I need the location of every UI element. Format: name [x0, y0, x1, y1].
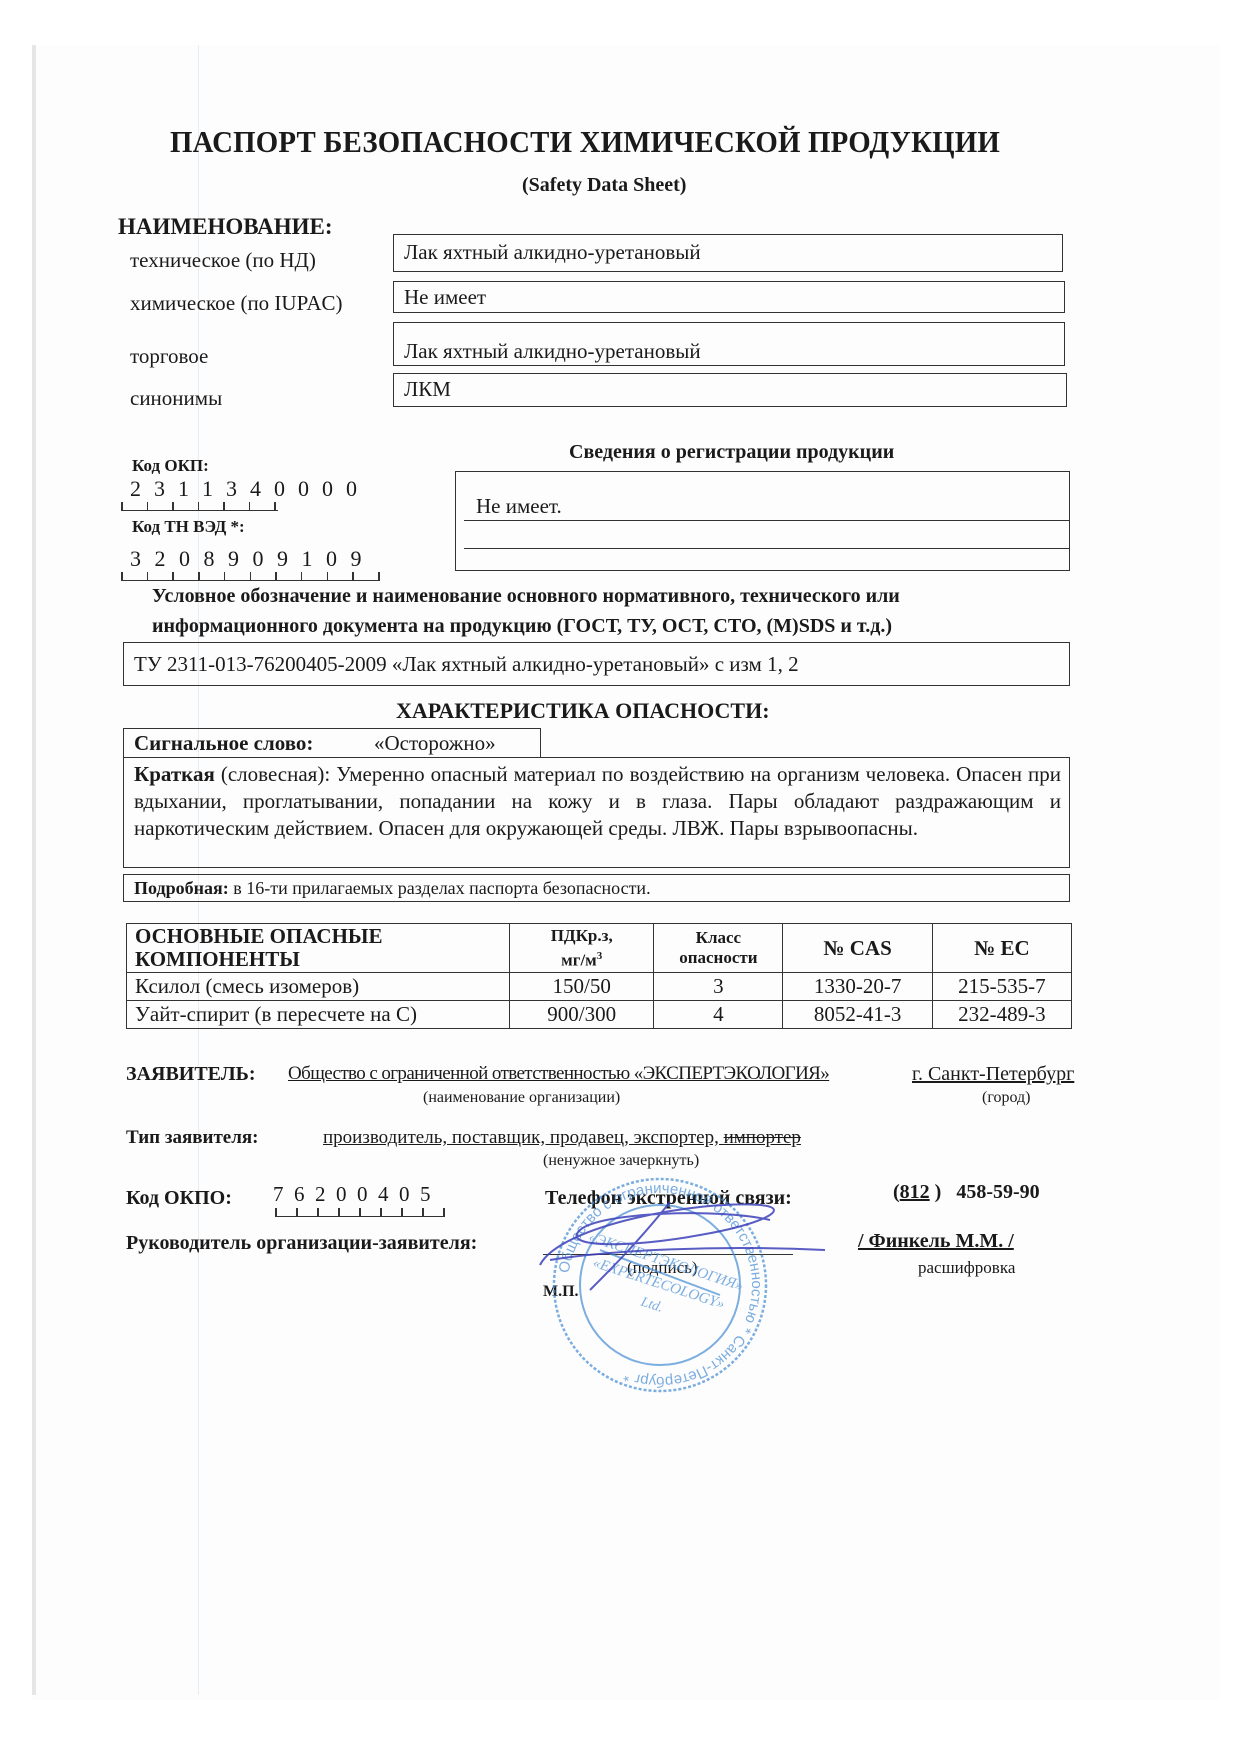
signature-icon	[520, 1190, 830, 1300]
code-digit: 0	[274, 476, 285, 502]
code-digit: 0	[399, 1182, 410, 1207]
okpo-label: Код ОКПО:	[126, 1187, 232, 1210]
table-header-row: ОСНОВНЫЕ ОПАСНЫЕКОМПОНЕНТЫ ПДКр.з,мг/м3 …	[127, 924, 1072, 973]
code-digit: 3	[130, 546, 141, 572]
phone-value: (812 ) 458-59-90	[893, 1181, 1040, 1204]
code-digit: 4	[378, 1182, 389, 1207]
applicant-type-struck: импортер	[724, 1127, 801, 1148]
label-technical: техническое (по НД)	[130, 248, 316, 273]
tick-mark	[327, 572, 329, 580]
tick-mark	[275, 1208, 277, 1216]
code-digit: 8	[204, 546, 215, 572]
value-technical: Лак яхтный алкидно-уретановый	[404, 240, 701, 265]
code-digit: 1	[178, 476, 189, 502]
okpo-tick-scale	[275, 1209, 445, 1217]
cell-component: Ксилол (смесь изомеров)	[127, 973, 510, 1001]
city-caption: (город)	[982, 1089, 1031, 1107]
code-digit: 0	[322, 476, 333, 502]
field-technical: Лак яхтный алкидно-уретановый	[393, 234, 1063, 272]
cell-pdk: 150/50	[510, 973, 654, 1001]
code-digit: 3	[226, 476, 237, 502]
head-name: / Финкель М.М. /	[848, 1230, 1020, 1253]
scan-edge	[32, 45, 36, 1695]
registration-line-1	[464, 520, 1069, 521]
okp-tick-scale	[121, 503, 278, 511]
applicant-organization: Общество с ограниченной ответственностью…	[288, 1063, 829, 1085]
tnved-tick-scale	[121, 573, 380, 581]
signal-value: «Осторожно»	[374, 731, 496, 756]
cell-pdk: 900/300	[510, 1001, 654, 1029]
tick-mark	[223, 502, 225, 510]
code-digit: 3	[154, 476, 165, 502]
tick-mark	[172, 572, 174, 580]
code-digit: 0	[326, 546, 337, 572]
tick-mark	[401, 1208, 403, 1216]
document-subtitle: (Safety Data Sheet)	[522, 174, 686, 197]
signal-word-box: Сигнальное слово: «Осторожно»	[123, 728, 541, 758]
tick-mark	[147, 572, 149, 580]
code-digit: 1	[302, 546, 313, 572]
tick-mark	[352, 572, 354, 580]
code-digit: 2	[315, 1182, 326, 1207]
tick-mark	[121, 572, 123, 580]
tick-mark	[275, 572, 277, 580]
tick-mark	[443, 1208, 445, 1216]
naming-heading: НАИМЕНОВАНИЕ:	[118, 214, 333, 240]
tick-mark	[147, 502, 149, 510]
detailed-hazard-value: в 16-ти прилагаемых разделах паспорта бе…	[229, 878, 651, 898]
code-digit: 5	[420, 1182, 431, 1207]
applicant-label: ЗАЯВИТЕЛЬ:	[126, 1063, 256, 1086]
cell-component: Уайт-спирит (в пересчете на С)	[127, 1001, 510, 1029]
applicant-type-options: производитель, поставщик, продавец, эксп…	[323, 1127, 724, 1148]
hazard-heading: ХАРАКТЕРИСТИКА ОПАСНОСТИ:	[396, 698, 770, 724]
tick-mark	[359, 1208, 361, 1216]
table-row: Ксилол (смесь изомеров)150/5031330-20-72…	[127, 973, 1072, 1001]
applicant-city: г. Санкт-Петербург	[912, 1063, 1074, 1086]
code-digit: 6	[294, 1182, 305, 1207]
field-synonyms: ЛКМ	[393, 373, 1067, 407]
table-row: Уайт-спирит (в пересчете на С)900/300480…	[127, 1001, 1072, 1029]
document-title: ПАСПОРТ БЕЗОПАСНОСТИ ХИМИЧЕСКОЙ ПРОДУКЦИ…	[170, 124, 1000, 160]
head-label: Руководитель организации-заявителя:	[126, 1232, 477, 1255]
header-component: ОСНОВНЫЕ ОПАСНЫЕКОМПОНЕНТЫ	[127, 924, 510, 973]
tick-mark	[317, 1208, 319, 1216]
code-digit: 1	[202, 476, 213, 502]
detailed-hazard-label: Подробная:	[134, 878, 229, 898]
name-caption: расшифровка	[918, 1258, 1015, 1278]
registration-heading: Сведения о регистрации продукции	[569, 441, 894, 464]
registration-line-2	[464, 548, 1069, 549]
header-pdk: ПДКр.з,мг/м3	[510, 924, 654, 973]
value-chemical: Не имеет	[404, 285, 486, 310]
tick-mark	[380, 1208, 382, 1216]
field-chemical: Не имеет	[393, 281, 1065, 313]
normative-value: ТУ 2311-013-76200405-2009 «Лак яхтный ал…	[134, 652, 799, 677]
cell-ec: 232-489-3	[932, 1001, 1071, 1029]
detailed-hazard-text: Подробная: в 16-ти прилагаемых разделах …	[134, 878, 651, 899]
code-digit: 2	[155, 546, 166, 572]
label-chemical: химическое (по IUPAC)	[130, 291, 343, 316]
tick-mark	[172, 502, 174, 510]
cell-ec: 215-535-7	[932, 973, 1071, 1001]
cell-class: 3	[654, 973, 783, 1001]
value-trade: Лак яхтный алкидно-уретановый	[404, 339, 701, 364]
phone-number: 458-59-90	[956, 1181, 1039, 1203]
okp-label: Код ОКП:	[132, 456, 209, 476]
signal-label: Сигнальное слово:	[134, 731, 313, 756]
short-hazard-box: Краткая (словесная): Умеренно опасный ма…	[123, 757, 1070, 868]
type-caption: (ненужное зачеркнуть)	[543, 1152, 699, 1170]
org-caption: (наименование организации)	[423, 1089, 620, 1107]
short-hazard-sublabel: (словесная):	[215, 762, 336, 786]
value-synonyms: ЛКМ	[404, 377, 451, 402]
code-digit: 0	[336, 1182, 347, 1207]
code-digit: 0	[357, 1182, 368, 1207]
code-digit: 9	[277, 546, 288, 572]
code-digit: 4	[250, 476, 261, 502]
applicant-type-values: производитель, поставщик, продавец, эксп…	[287, 1127, 801, 1149]
cell-class: 4	[654, 1001, 783, 1029]
tick-mark	[338, 1208, 340, 1216]
tick-mark	[224, 572, 226, 580]
registration-box: Не имеет.	[455, 471, 1070, 571]
cell-cas: 8052-41-3	[783, 1001, 932, 1029]
cell-cas: 1330-20-7	[783, 973, 932, 1001]
tnved-label: Код ТН ВЭД *:	[132, 517, 245, 537]
code-digit: 0	[298, 476, 309, 502]
code-digit: 0	[253, 546, 264, 572]
applicant-type-label: Тип заявителя:	[126, 1127, 259, 1149]
code-digit: 0	[346, 476, 357, 502]
phone-area-code: 812	[900, 1181, 930, 1203]
hazardous-components-table: ОСНОВНЫЕ ОПАСНЫЕКОМПОНЕНТЫ ПДКр.з,мг/м3 …	[126, 923, 1072, 1029]
tick-mark	[249, 502, 251, 510]
detailed-hazard-box: Подробная: в 16-ти прилагаемых разделах …	[123, 874, 1070, 902]
tick-mark	[250, 572, 252, 580]
header-cas: № CAS	[783, 924, 932, 973]
tick-mark	[296, 1208, 298, 1216]
normative-box: ТУ 2311-013-76200405-2009 «Лак яхтный ал…	[123, 642, 1070, 686]
code-digit: 0	[179, 546, 190, 572]
code-digit: 7	[273, 1182, 284, 1207]
code-digit: 9	[228, 546, 239, 572]
tick-mark	[121, 502, 123, 510]
header-class: Классопасности	[654, 924, 783, 973]
code-digit: 2	[130, 476, 141, 502]
field-trade: Лак яхтный алкидно-уретановый	[393, 322, 1065, 366]
tick-mark	[198, 502, 200, 510]
short-hazard-label: Краткая	[134, 762, 215, 786]
short-hazard-text: Краткая (словесная): Умеренно опасный ма…	[134, 761, 1061, 842]
label-synonyms: синонимы	[130, 386, 222, 411]
header-ec: № ЕС	[932, 924, 1071, 973]
code-digit: 9	[351, 546, 362, 572]
tick-mark	[274, 502, 276, 510]
tick-mark	[198, 572, 200, 580]
tick-mark	[422, 1208, 424, 1216]
label-trade: торговое	[130, 344, 208, 369]
tick-mark	[378, 572, 380, 580]
normative-heading-line1: Условное обозначение и наименование осно…	[152, 585, 900, 608]
tick-mark	[301, 572, 303, 580]
registration-value: Не имеет.	[476, 494, 562, 519]
normative-heading-line2: информационного документа на продукцию (…	[152, 615, 892, 638]
